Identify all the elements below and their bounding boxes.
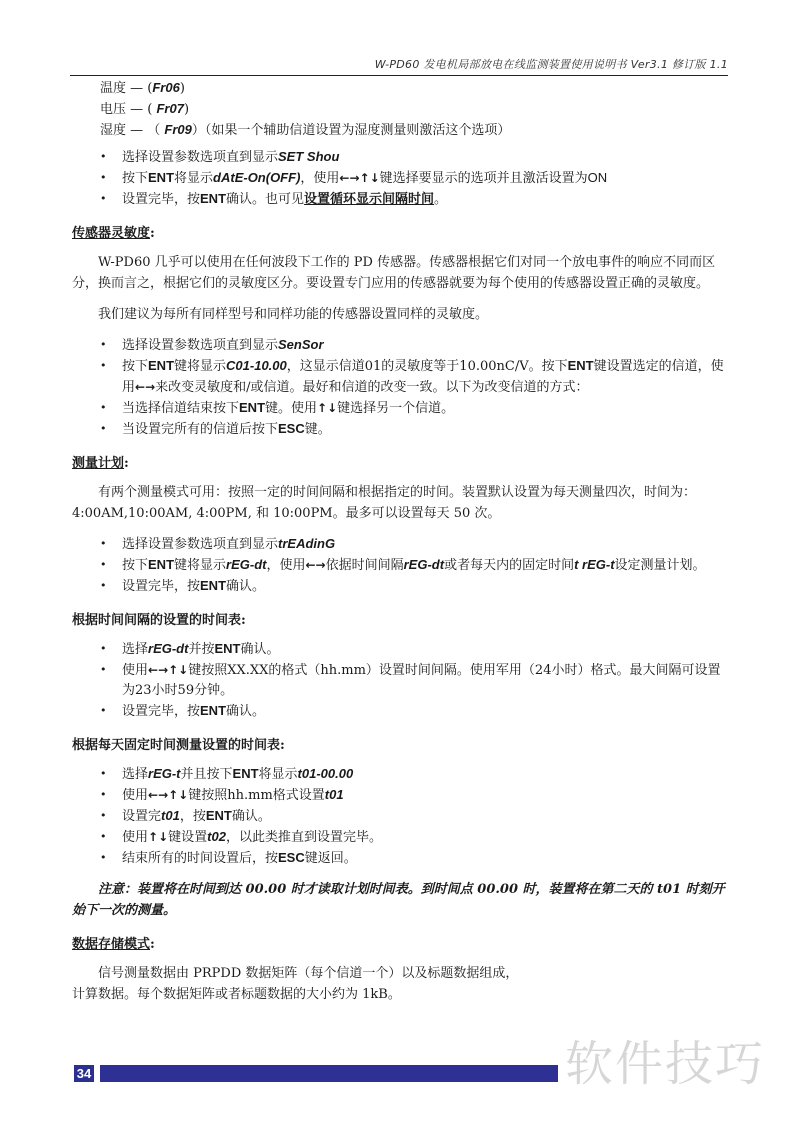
list-item: 使用←→↑↓键按照XX.XX的格式（hh.mm）设置时间间隔。使用军用（24小时… [100, 660, 732, 701]
section-heading-fixed-time: 根据每天固定时间测量设置的时间表: [72, 736, 732, 756]
list-item: 选择设置参数选项直到显示SenSor [100, 335, 732, 356]
interval-steps-list: 选择rEG-dt并按ENT确认。 使用←→↑↓键按照XX.XX的格式（hh.mm… [72, 639, 732, 722]
list-item: 结束所有的时间设置后，按ESC键返回。 [100, 848, 732, 869]
list-item: 选择设置参数选项直到显示SET Shou [100, 147, 732, 168]
list-item-humidity: 湿度 — （ Fr09）（如果一个辅助信道设置为湿度测量则激活这个选项） [100, 120, 732, 141]
arrow-keys-icon: ←→ [135, 380, 155, 394]
arrow-keys-icon: ←→↑↓ [148, 788, 188, 802]
header-rule [70, 75, 728, 76]
code-fr09: Fr09 [164, 122, 191, 137]
list-item: 设置完毕，按ENT确认。 [100, 576, 732, 597]
list-item: 当设置完所有的信道后按下ESC键。 [100, 419, 732, 440]
sensor-steps-list: 选择设置参数选项直到显示SenSor 按下ENT键将显示C01-10.00，这显… [72, 335, 732, 440]
list-item: 选择rEG-t并且按下ENT将显示t01-00.00 [100, 764, 732, 785]
sensor-paragraph-1: W-PD60 几乎可以使用在任何波段下工作的 PD 传感器。传感器根据它们对同一… [72, 252, 732, 294]
page-number: 34 [74, 1065, 94, 1082]
list-item: 使用↑↓键设置t02，以此类推直到设置完毕。 [100, 827, 732, 848]
list-item: 设置完毕，按ENT确认。 [100, 701, 732, 722]
fixed-time-steps-list: 选择rEG-t并且按下ENT将显示t01-00.00 使用←→↑↓键按照hh.m… [72, 764, 732, 869]
list-item-voltage: 电压 — ( Fr07) [100, 99, 732, 120]
section-heading-interval: 根据时间间隔的设置的时间表: [72, 611, 732, 631]
list-item: 选择rEG-dt并按ENT确认。 [100, 639, 732, 660]
list-item: 选择设置参数选项直到显示trEAdinG [100, 534, 732, 555]
sensor-paragraph-2: 我们建议为每所有同样型号和同样功能的传感器设置同样的灵敏度。 [72, 304, 732, 325]
code-fr07: Fr07 [156, 101, 183, 116]
list-item: 按下ENT将显示dAtE-On(OFF)，使用←→↑↓键选择要显示的选项并且激活… [100, 168, 732, 189]
list-item-temperature: 温度 — (Fr06) [100, 78, 732, 99]
section-heading-storage: 数据存储模式: [72, 935, 732, 955]
watermark-text: 软件技巧 [565, 1025, 765, 1094]
section-heading-sensor: 传感器灵敏度: [72, 224, 732, 244]
arrow-keys-icon: ↑↓ [317, 401, 337, 415]
schedule-steps-list: 选择设置参数选项直到显示trEAdinG 按下ENT键将显示rEG-dt，使用←… [72, 534, 732, 597]
footer-bar [100, 1065, 558, 1082]
list-item: 按下ENT键将显示rEG-dt，使用←→依据时间间隔rEG-dt或者每天内的固定… [100, 555, 732, 576]
list-item: 设置完t01，按ENT确认。 [100, 806, 732, 827]
arrow-keys-icon: ←→ [306, 558, 326, 572]
schedule-paragraph: 有两个测量模式可用：按照一定的时间间隔和根据指定的时间。装置默认设置为每天测量四… [72, 482, 732, 524]
storage-paragraph-continued: 计算数据。每个数据矩阵或者标题数据的大小约为 1kB。 [72, 984, 732, 1005]
arrow-keys-icon: ←→↑↓ [339, 171, 379, 185]
document-header-title: W-PD60 发电机局部放电在线监测装置使用说明书 Ver3.1 修订版 1.1 [375, 56, 728, 72]
display-steps-list: 选择设置参数选项直到显示SET Shou 按下ENT将显示dAtE-On(OFF… [72, 147, 732, 210]
code-fr06: Fr06 [152, 80, 179, 95]
storage-paragraph: 信号测量数据由 PRPDD 数据矩阵（每个信道一个）以及标题数据组成， [72, 963, 732, 984]
arrow-keys-icon: ←→↑↓ [148, 663, 188, 677]
auxiliary-channel-list: 温度 — (Fr06) 电压 — ( Fr07) 湿度 — （ Fr09）（如果… [72, 78, 732, 141]
schedule-note: 注意：装置将在时间到达 00.00 时才读取计划时间表。到时间点 00.00 时… [72, 879, 732, 921]
list-item: 使用←→↑↓键按照hh.mm格式设置t01 [100, 785, 732, 806]
arrow-keys-icon: ↑↓ [148, 830, 168, 844]
section-heading-schedule: 测量计划: [72, 454, 732, 474]
page-content: 温度 — (Fr06) 电压 — ( Fr07) 湿度 — （ Fr09）（如果… [72, 78, 732, 1005]
cross-reference-link[interactable]: 设置循环显示间隔时间 [304, 191, 434, 206]
list-item: 设置完毕，按ENT确认。也可见设置循环显示间隔时间。 [100, 189, 732, 210]
list-item: 当选择信道结束按下ENT键。使用↑↓键选择另一个信道。 [100, 398, 732, 419]
list-item: 按下ENT键将显示C01-10.00，这显示信道01的灵敏度等于10.00nC/… [100, 356, 732, 398]
